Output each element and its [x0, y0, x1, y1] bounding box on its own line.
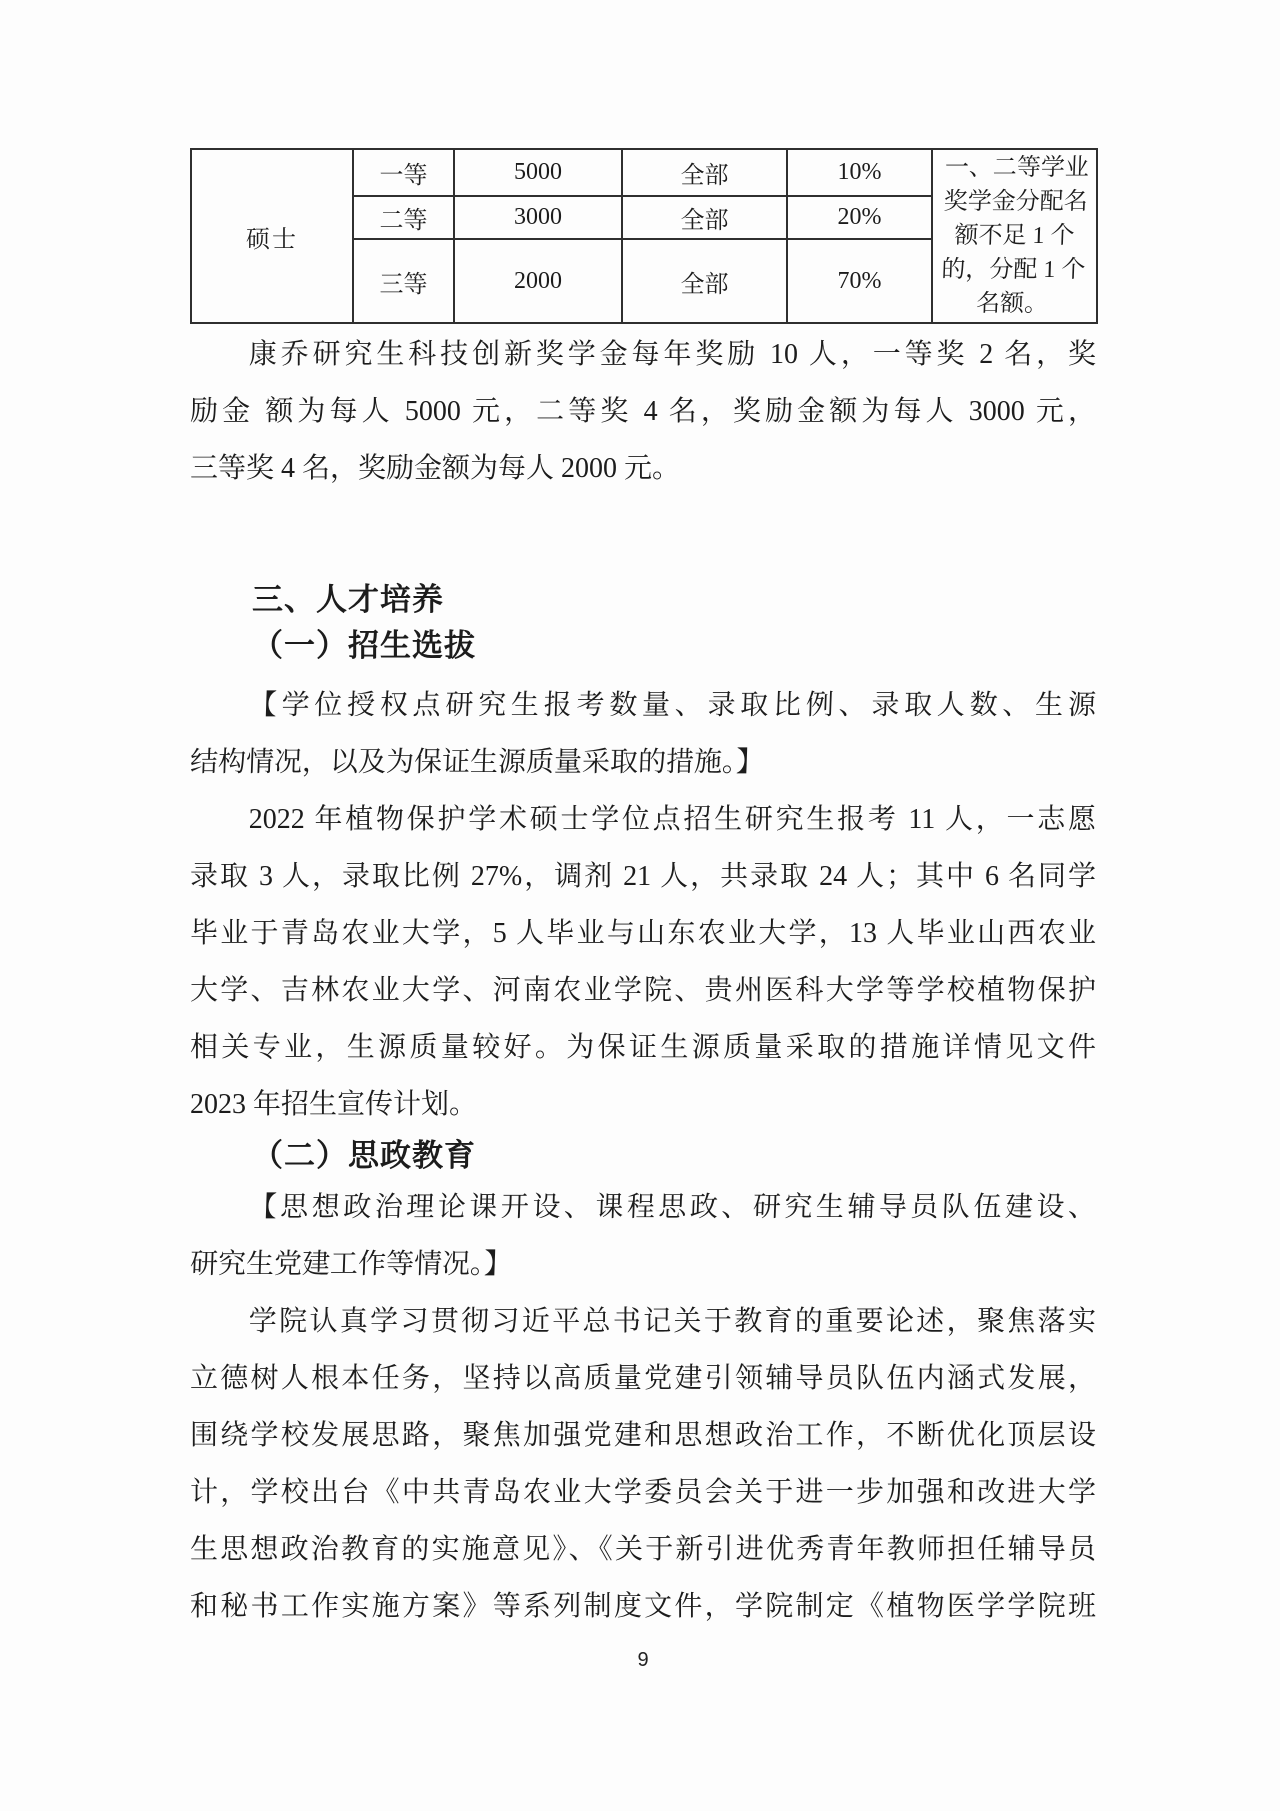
tier-cell: 一等: [353, 149, 454, 196]
degree-group-label: 硕士: [246, 227, 298, 253]
paragraph-line: 学院认真学习贯彻习近平总书记关于教育的重要论述，聚焦落实: [190, 1293, 1096, 1350]
ratio-cell: 10%: [787, 149, 932, 196]
paragraph-line: 2022 年植物保护学术硕士学位点招生研究生报考 11 人，一志愿: [190, 791, 1096, 848]
paragraph-line: 生思想政治教育的实施意见》、《关于新引进优秀青年教师担任辅导员: [190, 1521, 1096, 1578]
enrollment-paragraph: 2022 年植物保护学术硕士学位点招生研究生报考 11 人，一志愿 录取 3 人…: [190, 791, 1096, 1133]
bracket-note-ideology: 【思想政治理论课开设、课程思政、研究生辅导员队伍建设、 研究生党建工作等情况。】: [190, 1179, 1096, 1293]
paragraph-line: 毕业于青岛农业大学，5 人毕业与山东农业大学，13 人毕业山西农业: [190, 905, 1096, 962]
paragraph-line: 2023 年招生宣传计划。: [190, 1076, 1096, 1133]
tier-cell: 二等: [353, 196, 454, 239]
note-text: 一、二等学业奖学金分配名额不足 1 个的，分配 1 个名额。: [930, 151, 1099, 321]
paragraph-line: 和秘书工作实施方案》等系列制度文件，学院制定《植物医学学院班: [190, 1578, 1096, 1635]
ideology-paragraph: 学院认真学习贯彻习近平总书记关于教育的重要论述，聚焦落实 立德树人根本任务，坚持…: [190, 1293, 1096, 1635]
paragraph-line: 立德树人根本任务，坚持以高质量党建引领辅导员队伍内涵式发展，: [190, 1350, 1096, 1407]
paragraph-line: 录取 3 人，录取比例 27%，调剂 21 人，共录取 24 人；其中 6 名同…: [190, 848, 1096, 905]
amount-cell: 2000: [454, 239, 622, 323]
degree-group-cell: 硕士: [191, 149, 353, 323]
document-page: 硕士 一等 5000 全部 10% 一、二等学业奖学金分配名额不足 1 个的，分…: [190, 148, 1096, 1675]
scope-cell: 全部: [622, 149, 787, 196]
page-number: 9: [190, 1645, 1096, 1675]
bracket-line: 结构情况，以及为保证生源质量采取的措施。】: [189, 734, 1097, 791]
paragraph-line: 围绕学校发展思路，聚焦加强党建和思想政治工作，不断优化顶层设: [190, 1407, 1096, 1464]
bracket-line: 研究生党建工作等情况。】: [189, 1236, 1097, 1293]
scope-cell: 全部: [622, 239, 787, 323]
bracket-line: 【思想政治理论课开设、课程思政、研究生辅导员队伍建设、: [189, 1179, 1097, 1236]
amount-cell: 3000: [454, 196, 622, 239]
ratio-cell: 70%: [787, 239, 932, 323]
paragraph-line: 励金 额为每人 5000 元，二等奖 4 名，奖励金额为每人 3000 元，: [190, 383, 1096, 440]
scope-cell: 全部: [622, 196, 787, 239]
ratio-cell: 20%: [787, 196, 932, 239]
paragraph-line: 三等奖 4 名，奖励金额为每人 2000 元。: [190, 440, 1096, 497]
bracket-note-enrollment: 【学位授权点研究生报考数量、录取比例、录取人数、生源 结构情况，以及为保证生源质…: [190, 677, 1096, 791]
paragraph-line: 计，学校出台《中共青岛农业大学委员会关于进一步加强和改进大学: [190, 1464, 1096, 1521]
amount-cell: 5000: [454, 149, 622, 196]
tier-cell: 三等: [353, 239, 454, 323]
bracket-line: 【学位授权点研究生报考数量、录取比例、录取人数、生源: [189, 677, 1097, 734]
award-paragraph: 康乔研究生科技创新奖学金每年奖励 10 人，一等奖 2 名，奖 励金 额为每人 …: [190, 326, 1096, 497]
paragraph-line: 康乔研究生科技创新奖学金每年奖励 10 人，一等奖 2 名，奖: [190, 326, 1096, 383]
subsection-heading-enrollment: （一）招生选拔: [190, 623, 1096, 669]
section-heading-talent: 三、人才培养: [190, 577, 1096, 623]
subsection-heading-ideology: （二）思政教育: [190, 1133, 1096, 1179]
note-cell: 一、二等学业奖学金分配名额不足 1 个的，分配 1 个名额。: [932, 149, 1097, 323]
table-row: 硕士 一等 5000 全部 10% 一、二等学业奖学金分配名额不足 1 个的，分…: [191, 149, 1097, 196]
paragraph-line: 相关专业，生源质量较好。为保证生源质量采取的措施详情见文件: [190, 1019, 1096, 1076]
scholarship-table: 硕士 一等 5000 全部 10% 一、二等学业奖学金分配名额不足 1 个的，分…: [190, 148, 1098, 324]
paragraph-line: 大学、吉林农业大学、河南农业学院、贵州医科大学等学校植物保护: [190, 962, 1096, 1019]
